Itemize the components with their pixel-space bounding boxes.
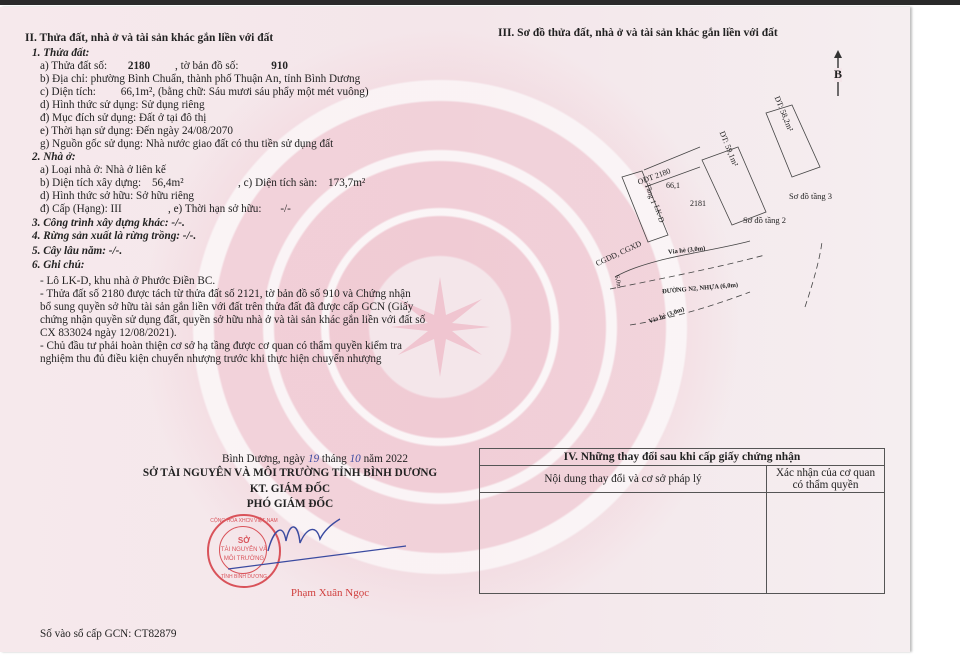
neighbor-parcel-label: 2181 bbox=[690, 197, 706, 211]
perennial-trees: 5. Cây lâu năm: -/-. bbox=[32, 245, 122, 259]
stamp-bottom-text: TỈNH BÌNH DƯƠNG bbox=[209, 574, 279, 580]
issuing-org: SỞ TÀI NGUYÊN VÀ MÔI TRƯỜNG TỈNH BÌNH DƯ… bbox=[140, 467, 440, 479]
confirmation-header-line-1: Xác nhận của cơ quan bbox=[767, 467, 884, 479]
note-line: - Lô LK-D, khu nhà ở Phước Điền BC. bbox=[40, 275, 215, 289]
area-label: c) Diện tích: bbox=[40, 86, 96, 98]
note-line: nghiệm thu đủ điều kiện chuyển nhượng tr… bbox=[40, 353, 382, 367]
certificate-page: II. Thửa đất, nhà ở và tài sản khác gắn … bbox=[0, 7, 910, 652]
ownership-term-label: , e) Thời hạn sở hữu: bbox=[168, 203, 262, 215]
notes-heading: 6. Ghi chú: bbox=[32, 259, 85, 273]
section-3-title: III. Sơ đồ thửa đất, nhà ở và tài sản kh… bbox=[498, 27, 778, 41]
floor2-caption: Sơ đồ tầng 2 bbox=[743, 214, 786, 228]
issue-year: năm 2022 bbox=[364, 453, 408, 465]
ownership-term-value: -/- bbox=[280, 203, 291, 215]
ownership-term-row: , e) Thời hạn sở hữu: -/- bbox=[168, 203, 291, 217]
map-sheet-number: 910 bbox=[271, 60, 288, 72]
house-heading: 2. Nhà ở: bbox=[32, 151, 76, 165]
built-area-row: b) Diện tích xây dựng: 56,4m² bbox=[40, 177, 184, 191]
note-line: bổ sung quyền sở hữu tài sản gắn liền vớ… bbox=[40, 301, 413, 315]
change-content-cell bbox=[480, 493, 767, 594]
road-width-label: 6,0m bbox=[610, 274, 626, 289]
other-works: 3. Công trình xây dựng khác: -/-. bbox=[32, 217, 185, 231]
floor-area-label: , c) Diện tích sàn: bbox=[238, 177, 317, 189]
registry-number: Số vào sổ cấp GCN: CT82879 bbox=[40, 628, 176, 642]
issue-day: 19 bbox=[308, 453, 319, 465]
parcel-area-label: 66,1 bbox=[666, 179, 680, 193]
use-term: e) Thời hạn sử dụng: Đến ngày 24/08/2070 bbox=[40, 125, 233, 139]
signature-scribble-icon bbox=[228, 511, 408, 571]
house-type: a) Loại nhà ở: Nhà ở liên kế bbox=[40, 164, 166, 178]
parcel-number-row: a) Thửa đất số: 2180 , tờ bản đồ số: 910 bbox=[40, 60, 288, 74]
built-area-value: 56,4m² bbox=[152, 177, 184, 189]
signer-role-2: PHÓ GIÁM ĐỐC bbox=[140, 498, 440, 510]
section-2-title: II. Thửa đất, nhà ở và tài sản khác gắn … bbox=[25, 32, 273, 46]
area-value: 66,1m², (bằng chữ: Sáu mươi sáu phẩy một… bbox=[121, 86, 369, 98]
area-row: c) Diện tích: 66,1m², (bằng chữ: Sáu mươ… bbox=[40, 86, 369, 100]
month-label: tháng bbox=[322, 453, 347, 465]
address: b) Địa chỉ: phường Bình Chuẩn, thành phố… bbox=[40, 73, 360, 87]
use-form: d) Hình thức sử dụng: Sử dụng riêng bbox=[40, 99, 205, 113]
issue-date: Bình Dương, ngày 19 tháng 10 năm 2022 bbox=[190, 453, 440, 465]
top-bar bbox=[0, 0, 960, 5]
ownership-form: d) Hình thức sở hữu: Sở hữu riêng bbox=[40, 190, 194, 204]
house-grade: đ) Cấp (Hạng): III bbox=[40, 203, 122, 217]
parcel-number: 2180 bbox=[128, 60, 150, 72]
note-line: CX 833024 ngày 12/08/2021). bbox=[40, 327, 177, 341]
map-sheet-label: , tờ bản đồ số: bbox=[175, 60, 238, 72]
column-header-confirmation: Xác nhận của cơ quan có thẩm quyền bbox=[767, 466, 885, 493]
signer-role-1: KT. GIÁM ĐỐC bbox=[140, 483, 440, 495]
signer-name: Phạm Xuân Ngọc bbox=[260, 587, 400, 599]
confirmation-header-line-2: có thẩm quyền bbox=[767, 479, 884, 491]
column-header-content: Nội dung thay đổi và cơ sở pháp lý bbox=[480, 466, 767, 493]
floor-area-row: , c) Diện tích sàn: 173,7m² bbox=[238, 177, 365, 191]
use-purpose: đ) Mục đích sử dụng: Đất ở tại đô thị bbox=[40, 112, 206, 126]
date-prefix: Bình Dương, ngày bbox=[222, 453, 305, 465]
land-origin: g) Nguồn gốc sử dụng: Nhà nước giao đất … bbox=[40, 138, 333, 152]
change-confirmation-cell bbox=[767, 493, 885, 594]
built-area-label: b) Diện tích xây dựng: bbox=[40, 177, 141, 189]
floor-area-value: 173,7m² bbox=[328, 177, 365, 189]
issue-month: 10 bbox=[350, 453, 361, 465]
note-line: - Thửa đất số 2180 được tách từ thửa đất… bbox=[40, 288, 411, 302]
changes-table: IV. Những thay đổi sau khi cấp giấy chứn… bbox=[479, 448, 885, 594]
section-4-title: IV. Những thay đổi sau khi cấp giấy chứn… bbox=[480, 449, 885, 466]
production-forest: 4. Rừng sản xuất là rừng trồng: -/-. bbox=[32, 230, 196, 244]
parcel-label: a) Thửa đất số: bbox=[40, 60, 107, 72]
note-line: - Chủ đầu tư phải hoàn thiện cơ sở hạ tầ… bbox=[40, 340, 402, 354]
floor3-caption: Sơ đồ tầng 3 bbox=[789, 190, 832, 204]
note-line: chứng nhận quyền sử dụng đất, quyền sở h… bbox=[40, 314, 425, 328]
land-heading: 1. Thửa đất: bbox=[32, 47, 89, 61]
